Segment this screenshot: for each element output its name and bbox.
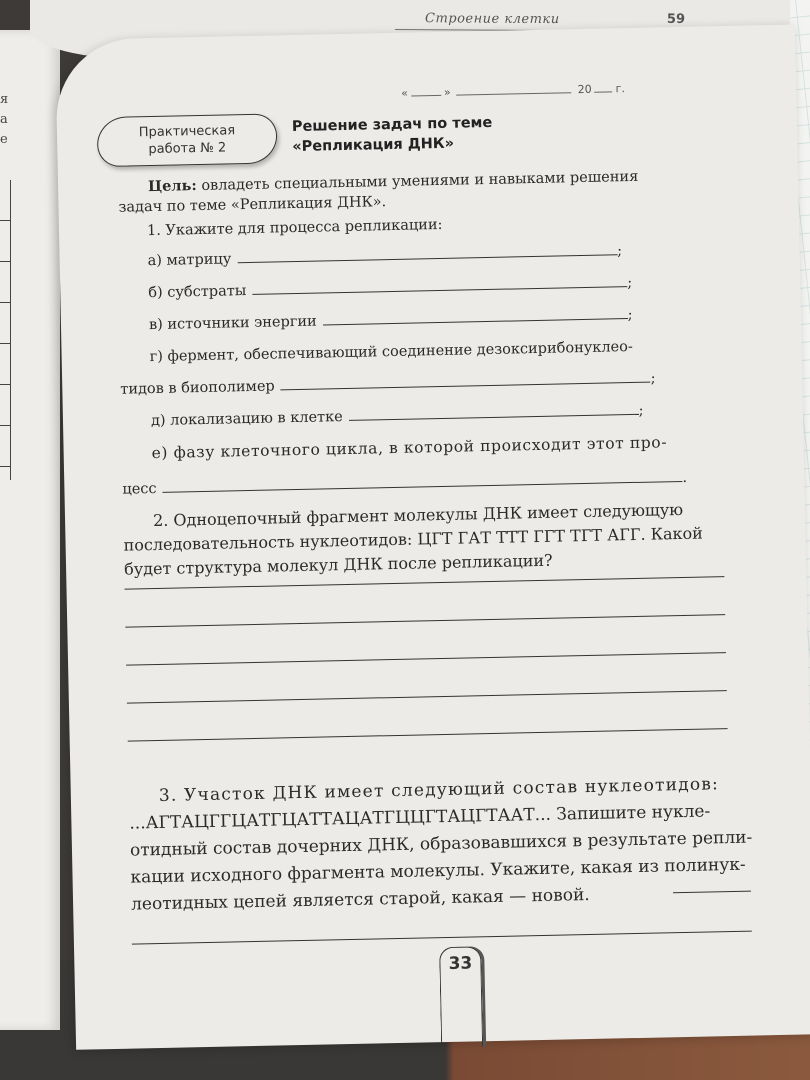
work-title-line: «Репликация ДНК» xyxy=(292,133,493,157)
date-close-quote: » xyxy=(444,86,451,99)
running-header-page-number: 59 xyxy=(667,12,685,27)
left-page-fragment: я а е xyxy=(0,30,60,1030)
date-open-quote: « xyxy=(401,87,408,100)
item-label: цесс xyxy=(122,481,156,498)
goal-text: овладеть специальными умениями и навыкам… xyxy=(201,169,638,194)
answer-blank[interactable] xyxy=(349,413,639,421)
answer-line[interactable] xyxy=(673,891,751,894)
punct: ; xyxy=(617,243,622,259)
q1-item-g-continuation: тидов в биополимер; xyxy=(120,367,656,400)
q1-item-a: а) матрицу; xyxy=(147,240,622,272)
month-blank[interactable] xyxy=(457,92,572,95)
page-number-tab: 33 xyxy=(439,946,483,1047)
q1-item-b: б) субстраты; xyxy=(148,272,632,304)
work-title-line: Решение задач по теме xyxy=(292,113,493,137)
punct: ; xyxy=(628,307,633,323)
item-label: а) матрицу xyxy=(147,251,231,269)
answer-blank[interactable] xyxy=(323,317,628,325)
answer-line[interactable] xyxy=(126,652,726,666)
practical-work-badge: Практическая работа № 2 xyxy=(97,113,278,167)
q1-item-g: г) фермент, обеспечивающий соединение де… xyxy=(149,336,633,368)
punct: ; xyxy=(627,275,632,291)
workbook-page: «»20г. Практическая работа № 2 Решение з… xyxy=(55,25,810,1050)
punct: . xyxy=(682,470,687,486)
q1-item-e: е) фазу клеточного цикла, в которой прои… xyxy=(151,431,667,464)
answer-line[interactable] xyxy=(132,931,752,945)
year-blank[interactable] xyxy=(595,91,613,92)
answer-line[interactable] xyxy=(128,728,728,742)
punct: ; xyxy=(650,370,655,386)
left-page-text: е xyxy=(0,130,8,149)
day-blank[interactable] xyxy=(411,95,441,97)
year-suffix: г. xyxy=(615,82,625,95)
year-prefix: 20 xyxy=(577,83,591,96)
answer-blank[interactable] xyxy=(252,285,627,295)
goal-line: Цель: овладеть специальными умениями и н… xyxy=(148,166,639,198)
q1-item-d: д) локализацию в клетке; xyxy=(151,400,644,432)
date-field: «»20г. xyxy=(401,82,625,100)
left-page-text: я xyxy=(0,90,8,109)
left-page-table xyxy=(0,180,11,480)
item-label: д) локализацию в клетке xyxy=(151,409,343,429)
question1-prompt: 1. Укажите для процесса репликации: xyxy=(147,214,443,242)
punct: ; xyxy=(639,403,644,419)
answer-line[interactable] xyxy=(127,690,727,704)
running-header-title: Строение клетки xyxy=(425,11,560,27)
q1-item-v: в) источники энергии; xyxy=(149,304,633,336)
goal-label: Цель: xyxy=(148,177,197,195)
goal-line: задач по теме «Репликация ДНК». xyxy=(118,191,386,219)
q1-item-e-continuation: цесс. xyxy=(122,467,687,501)
page-number: 33 xyxy=(448,953,472,973)
badge-line: работа № 2 xyxy=(98,138,276,159)
item-label: б) субстраты xyxy=(148,283,246,301)
left-page-text: а xyxy=(0,110,8,129)
work-title: Решение задач по теме «Репликация ДНК» xyxy=(292,113,493,157)
item-label: тидов в биополимер xyxy=(120,378,275,397)
answer-blank[interactable] xyxy=(237,253,617,263)
answer-blank[interactable] xyxy=(163,480,683,493)
item-label: в) источники энергии xyxy=(149,314,317,334)
answer-line[interactable] xyxy=(125,614,725,628)
answer-blank[interactable] xyxy=(281,381,651,391)
